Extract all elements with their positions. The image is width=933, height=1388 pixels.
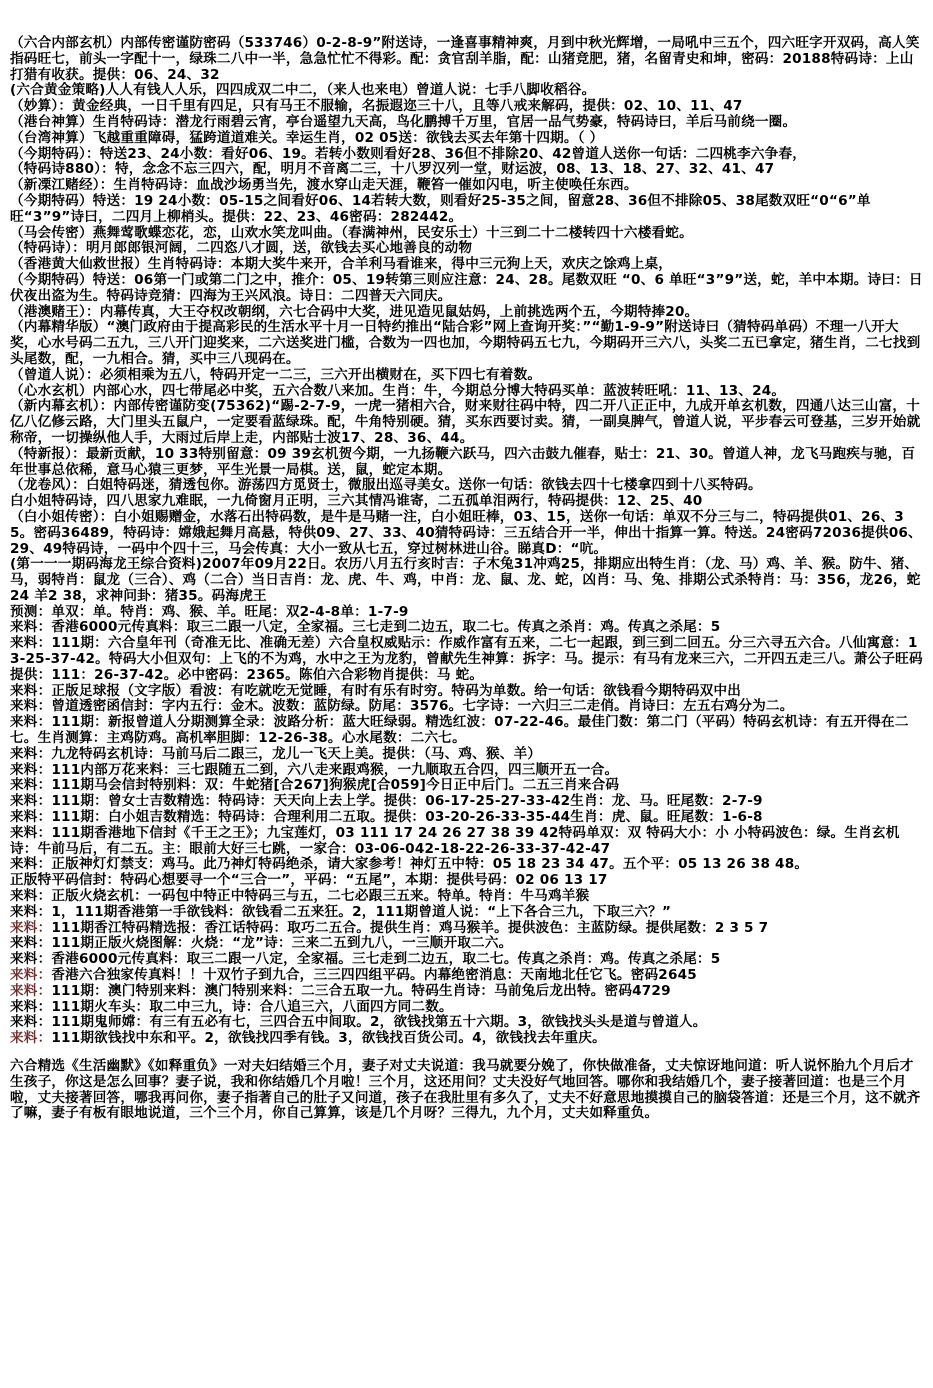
paragraph-text: （今期特码）特送：19 24小数：05-15之间看好06、14若转大数，则看好2… bbox=[10, 193, 871, 225]
paragraph-text: （曾道人说）：必须相乘为五八，特码开定一二三，三六开出横财在，买下四七有着数。 bbox=[10, 367, 541, 383]
text-paragraph: 来料：111期：新报曾道人分期测算全录：波路分析：蓝大旺绿弱。精选红波：07-2… bbox=[10, 715, 925, 747]
paragraph-text: 来料：111期：六合皇年刊（奇准无比、准确无差）六合皇权威贴示：作威作富有五来，… bbox=[10, 635, 923, 683]
source-label: 来料： bbox=[10, 1030, 51, 1046]
text-paragraph: 来料：111期马会信封特别料：双：牛蛇猪[合267]狗猴虎[合059]今日正中后… bbox=[10, 778, 925, 794]
paragraph-text: （今期特码）特送：06第一门或第二门之中，推介：05、19转第三则应注意：24、… bbox=[10, 272, 923, 304]
text-paragraph: （今期特码）：特送23、24小数：看好06、19。若转小数则看好28、36但不排… bbox=[10, 147, 925, 163]
paragraph-text: （香港黄大仙救世报）生肖特码诗：本期大奖牛来开，合羊利马看谁来，得中三元狗上天，… bbox=[10, 256, 672, 272]
text-paragraph: 来料：111期香港地下信封《千王之王》；九宝莲灯，03 111 17 24 26… bbox=[10, 826, 925, 858]
text-paragraph: （白小姐传密）：白小姐赐赠金，水落石出特码数，是牛是马赌一注，白小姐旺棒，03、… bbox=[10, 510, 925, 557]
paragraph-text: 来料：正版足球报（文字版）看波：有吃就吃无觉睡，有时有乐有时穷。特码为单数。给一… bbox=[10, 683, 741, 699]
paragraph-text: 香港六合独家传真料！！十双竹子到九合，三三四四组平码。内幕绝密消息：天南地北任它… bbox=[51, 967, 697, 983]
text-paragraph: 来料：九龙特码玄机诗：马前马后二跟三，龙儿一飞天上美。提供：（马、鸡、猴、羊） bbox=[10, 747, 925, 763]
text-paragraph: （心水玄机）内部心水，四七带尾必中奖，五六合数八来加。生肖：牛，今期总分博大特码… bbox=[10, 384, 925, 400]
paragraph-text: 来料：111期：新报曾道人分期测算全录：波路分析：蓝大旺绿弱。精选红波：07-2… bbox=[10, 714, 909, 746]
text-paragraph: (六合黄金策略)人人有钱人人乐，四四成双二中二，（来人也来电）曾道人说：七手八脚… bbox=[10, 83, 925, 99]
paragraph-text: 来料：香港6000元传真料：取三二跟一八定，全家福。三七走到二边五，取二七。传真… bbox=[10, 951, 720, 967]
paragraph-text: 来料：正版神灯灯禁支：鸡马。此乃神灯特码绝杀，请大家参考！神灯五中特：05 18… bbox=[10, 856, 808, 872]
paragraph-text: 来料：111内部万花来料：三七跟随五二到，六八走来跟鸡猴，一九顺取五合四，四三顺… bbox=[10, 762, 618, 778]
text-paragraph: （新凓江赌经）：生肖特码诗：血战沙场勇当先，渡水穿山走天涯，鞭笞一催如闪电，听主… bbox=[10, 178, 925, 194]
text-paragraph: （曾道人说）：必须相乘为五八，特码开定一二三，三六开出横财在，买下四七有着数。 bbox=[10, 368, 925, 384]
text-paragraph: 六合精选《生活幽默》《如释重负》一对夫妇结婚三个月，妻子对丈夫说道：我马就要分娩… bbox=[10, 1059, 925, 1122]
paragraph-text: 来料：香港6000元传真料：取三二跟一八定，全家福。三七走到二边五，取二七。传真… bbox=[10, 619, 720, 635]
paragraph-text: (六合黄金策略)人人有钱人人乐，四四成双二中二，（来人也来电）曾道人说：七手八脚… bbox=[10, 82, 595, 98]
text-paragraph: （马会传密）燕舞莺歌蝶恋花，恋，山欢水笑龙叫曲。（春满神州，民安乐士）十三到二十… bbox=[10, 226, 925, 242]
paragraph-text: 来料：正版火烧玄机：一码包中特正中特码三与五，二七必跟三五来。特单。特肖：牛马鸡… bbox=[10, 888, 589, 904]
paragraph-text: （六合内部玄机）内部传密谨防密码（533746）0-2-8-9”附送诗，一逢喜事… bbox=[10, 35, 920, 83]
paragraph-text: 来料：111期马会信封特别料：双：牛蛇猪[合267]狗猴虎[合059]今日正中后… bbox=[10, 777, 619, 793]
paragraph-text: 白小姐特码诗，四八思家九难眠，一九倚窗月正明，三六其情冯谁寄，二五孤单泪两行，特… bbox=[10, 493, 702, 509]
paragraph-text: 111期欲钱找中东和平。2，欲钱找四季有钱。3，欲钱找百货公司。4，欲钱找去年重… bbox=[51, 1030, 606, 1046]
text-paragraph: 来料：1，111期香港第一手欲钱料：欲钱看二五来狂。2，111期曾道人说：“上下… bbox=[10, 905, 925, 921]
text-paragraph: （港澳赌王）：内幕传真，大王夺权改朝纲，六七合码中大奖，进见造见鼠姑妈，上前挑选… bbox=[10, 305, 925, 321]
text-paragraph: 来料：曾道透密函信封：字内五行：金木。波数：蓝防绿。防尾：3576。七字诗：一六… bbox=[10, 699, 925, 715]
paragraph-text: （特码诗880）：特，念念不忘三四六，配，明月不音离二三，十八罗汉列一堂，财运波… bbox=[10, 161, 774, 177]
paragraph-text: 来料：曾道透密函信封：字内五行：金木。波数：蓝防绿。防尾：3576。七字诗：一六… bbox=[10, 698, 794, 714]
paragraph-text: 正版特平码信封：特码心想要寻一个“三合一”，平码：“五尾”，本期：提供号码：02… bbox=[10, 872, 608, 888]
text-paragraph: 来料：111期欲钱找中东和平。2，欲钱找四季有钱。3，欲钱找百货公司。4，欲钱找… bbox=[10, 1031, 925, 1047]
text-paragraph: 白小姐特码诗，四八思家九难眠，一九倚窗月正明，三六其情冯谁寄，二五孤单泪两行，特… bbox=[10, 494, 925, 510]
text-paragraph: （龙卷风）：白姐特码迷，猜透包你。游荡四方觅贤士，微服出巡寻美女。送你一句话：欲… bbox=[10, 478, 925, 494]
text-paragraph: (第一一一期码海龙王综合资料)2007年09月22日。农历八月五行亥时吉：子木兔… bbox=[10, 557, 925, 604]
paragraph-text: 来料：111期香港地下信封《千王之王》；九宝莲灯，03 111 17 24 26… bbox=[10, 825, 900, 857]
text-paragraph: 正版特平码信封：特码心想要寻一个“三合一”，平码：“五尾”，本期：提供号码：02… bbox=[10, 873, 925, 889]
paragraph-text: （心水玄机）内部心水，四七带尾必中奖，五六合数八来加。生肖：牛，今期总分博大特码… bbox=[10, 383, 785, 399]
paragraph-text: （白小姐传密）：白小姐赐赠金，水落石出特码数，是牛是马赌一注，白小姐旺棒，03、… bbox=[10, 509, 922, 557]
source-label: 来料： bbox=[10, 920, 51, 936]
text-paragraph: 来料：正版火烧玄机：一码包中特正中特码三与五，二七必跟三五来。特单。特肖：牛马鸡… bbox=[10, 889, 925, 905]
text-paragraph: （内幕精华版）“澳门政府由于提高彩民的生活水平十月一日特约推出“陆合彩”网上查询… bbox=[10, 320, 925, 367]
paragraph-text: 六合精选《生活幽默》《如释重负》一对夫妇结婚三个月，妻子对丈夫说道：我马就要分娩… bbox=[10, 1058, 920, 1121]
text-paragraph: 来料：正版神灯灯禁支：鸡马。此乃神灯特码绝杀，请大家参考！神灯五中特：05 18… bbox=[10, 857, 925, 873]
paragraph-text: （马会传密）燕舞莺歌蝶恋花，恋，山欢水笑龙叫曲。（春满神州，民安乐士）十三到二十… bbox=[10, 225, 693, 241]
text-paragraph: 来料：111期：曾女士吉数精选：特码诗：天天向上去上学。提供：06-17-25-… bbox=[10, 794, 925, 810]
paragraph-text: （新内幕玄机）：内部传密谨防变(75362)“踢-2-7-9，一虎一猪相六合，财… bbox=[10, 398, 920, 446]
text-paragraph: 来料：111期：澳门特别来料：澳门特别来料：二三合五取一九。特码生肖诗：马前兔后… bbox=[10, 984, 925, 1000]
text-paragraph: （新内幕玄机）：内部传密谨防变(75362)“踢-2-7-9，一虎一猪相六合，财… bbox=[10, 399, 925, 446]
paragraph-text: （台湾神算）飞越重重障碍，猛跨道道难关。幸运生肖，02 05送：欲钱去买去年第十… bbox=[10, 130, 603, 146]
text-paragraph: （港台神算）生肖特码诗：潜龙行雨碧云宵，亭台遥望九天高，鸟化鹏搏千万里，官居一品… bbox=[10, 115, 925, 131]
document-body: （六合内部玄机）内部传密谨防密码（533746）0-2-8-9”附送诗，一逢喜事… bbox=[10, 36, 925, 1122]
paragraph-text: （港台神算）生肖特码诗：潜龙行雨碧云宵，亭台遥望九天高，鸟化鹏搏千万里，官居一品… bbox=[10, 114, 796, 130]
paragraph-text: 来料：111期鬼师嫦：有三有五必有七，三四合五中间取。2，欲钱找第五十六期。3，… bbox=[10, 1014, 707, 1030]
text-paragraph: （特码诗）：明月郎郎银河阔，二四恣八才圆，送，欲钱去买心地善良的动物 bbox=[10, 241, 925, 257]
paragraph-text: (第一一一期码海龙王综合资料)2007年09月22日。农历八月五行亥时吉：子木兔… bbox=[10, 556, 921, 604]
text-paragraph: 来料：111期正版火烧图解：火烧：“龙”诗：三来二五到九八，一三顺开取二六。 bbox=[10, 936, 925, 952]
paragraph-text: 来料：111期火车头：取二中三九，诗：合八追三六，八面四方同二数。 bbox=[10, 999, 453, 1015]
paragraph-text: （今期特码）：特送23、24小数：看好06、19。若转小数则看好28、36但不排… bbox=[10, 146, 806, 162]
paragraph-text: 来料：111期正版火烧图解：火烧：“龙”诗：三来二五到九八，一三顺开取二六。 bbox=[10, 935, 512, 951]
text-paragraph: （台湾神算）飞越重重障碍，猛跨道道难关。幸运生肖，02 05送：欲钱去买去年第十… bbox=[10, 131, 925, 147]
paragraph-text: （特新报）：最新贡献，10 33特别留意：09 39玄机贺今期，一九扬鞭六跃马，… bbox=[10, 446, 915, 478]
text-paragraph: （特码诗880）：特，念念不忘三四六，配，明月不音离二三，十八罗汉列一堂，财运波… bbox=[10, 162, 925, 178]
text-paragraph: 来料：香港6000元传真料：取三二跟一八定，全家福。三七走到二边五，取二七。传真… bbox=[10, 952, 925, 968]
paragraph-text: 来料：111期：白小姐吉数精选：特码诗：合理利用二五取。提供：03-20-26-… bbox=[10, 809, 763, 825]
source-label: 来料： bbox=[10, 983, 51, 999]
text-paragraph: 来料：111期鬼师嫦：有三有五必有七，三四合五中间取。2，欲钱找第五十六期。3，… bbox=[10, 1015, 925, 1031]
text-paragraph: 来料：香港6000元传真料：取三二跟一八定，全家福。三七走到二边五，取二七。传真… bbox=[10, 620, 925, 636]
text-paragraph: （六合内部玄机）内部传密谨防密码（533746）0-2-8-9”附送诗，一逢喜事… bbox=[10, 36, 925, 83]
paragraph-text: （妙算）：黄金经典，一日千里有四足，只有马王不服输，名振遐迩三十八，且等八戒来解… bbox=[10, 98, 743, 114]
paragraph-text: （内幕精华版）“澳门政府由于提高彩民的生活水平十月一日特约推出“陆合彩”网上查询… bbox=[10, 319, 920, 367]
paragraph-text: 预测：单双：单。特肖：鸡、猴、羊。旺尾：双2-4-8单：1-7-9 bbox=[10, 604, 409, 620]
paragraph-text: 来料：九龙特码玄机诗：马前马后二跟三，龙儿一飞天上美。提供：（马、鸡、猴、羊） bbox=[10, 746, 541, 762]
paragraph-text: （龙卷风）：白姐特码迷，猜透包你。游荡四方觅贤士，微服出巡寻美女。送你一句话：欲… bbox=[10, 477, 762, 493]
paragraph-text: （港澳赌王）：内幕传真，大王夺权改朝纲，六七合码中大奖，进见造见鼠姑妈，上前挑选… bbox=[10, 304, 698, 320]
text-paragraph: 来料：香港六合独家传真料！！十双竹子到九合，三三四四组平码。内幕绝密消息：天南地… bbox=[10, 968, 925, 984]
text-paragraph: （今期特码）特送：06第一门或第二门之中，推介：05、19转第三则应注意：24、… bbox=[10, 273, 925, 305]
text-paragraph: （特新报）：最新贡献，10 33特别留意：09 39玄机贺今期，一九扬鞭六跃马，… bbox=[10, 447, 925, 479]
source-label: 来料： bbox=[10, 967, 51, 983]
paragraph-text: 来料：1，111期香港第一手欲钱料：欲钱看二五来狂。2，111期曾道人说：“上下… bbox=[10, 904, 671, 920]
paragraph-text: 111期香江特码精选报：香江话特码：取巧二五合。提供生肖：鸡马猴羊。提供波色：主… bbox=[51, 920, 768, 936]
text-paragraph: 来料：111期：白小姐吉数精选：特码诗：合理利用二五取。提供：03-20-26-… bbox=[10, 810, 925, 826]
text-paragraph: （香港黄大仙救世报）生肖特码诗：本期大奖牛来开，合羊利马看谁来，得中三元狗上天，… bbox=[10, 257, 925, 273]
paragraph-text: （新凓江赌经）：生肖特码诗：血战沙场勇当先，渡水穿山走天涯，鞭笞一催如闪电，听主… bbox=[10, 177, 638, 193]
paragraph-text: 111期：澳门特别来料：澳门特别来料：二三合五取一九。特码生肖诗：马前兔后龙出特… bbox=[51, 983, 670, 999]
paragraph-text: 来料：111期：曾女士吉数精选：特码诗：天天向上去上学。提供：06-17-25-… bbox=[10, 793, 763, 809]
text-paragraph: （妙算）：黄金经典，一日千里有四足，只有马王不服输，名振遐迩三十八，且等八戒来解… bbox=[10, 99, 925, 115]
document-page: （六合内部玄机）内部传密谨防密码（533746）0-2-8-9”附送诗，一逢喜事… bbox=[0, 0, 933, 1388]
text-paragraph: 来料：111期：六合皇年刊（奇准无比、准确无差）六合皇权威贴示：作威作富有五来，… bbox=[10, 636, 925, 683]
paragraph-text: （特码诗）：明月郎郎银河阔，二四恣八才圆，送，欲钱去买心地善良的动物 bbox=[10, 240, 472, 256]
text-paragraph: （今期特码）特送：19 24小数：05-15之间看好06、14若转大数，则看好2… bbox=[10, 194, 925, 226]
